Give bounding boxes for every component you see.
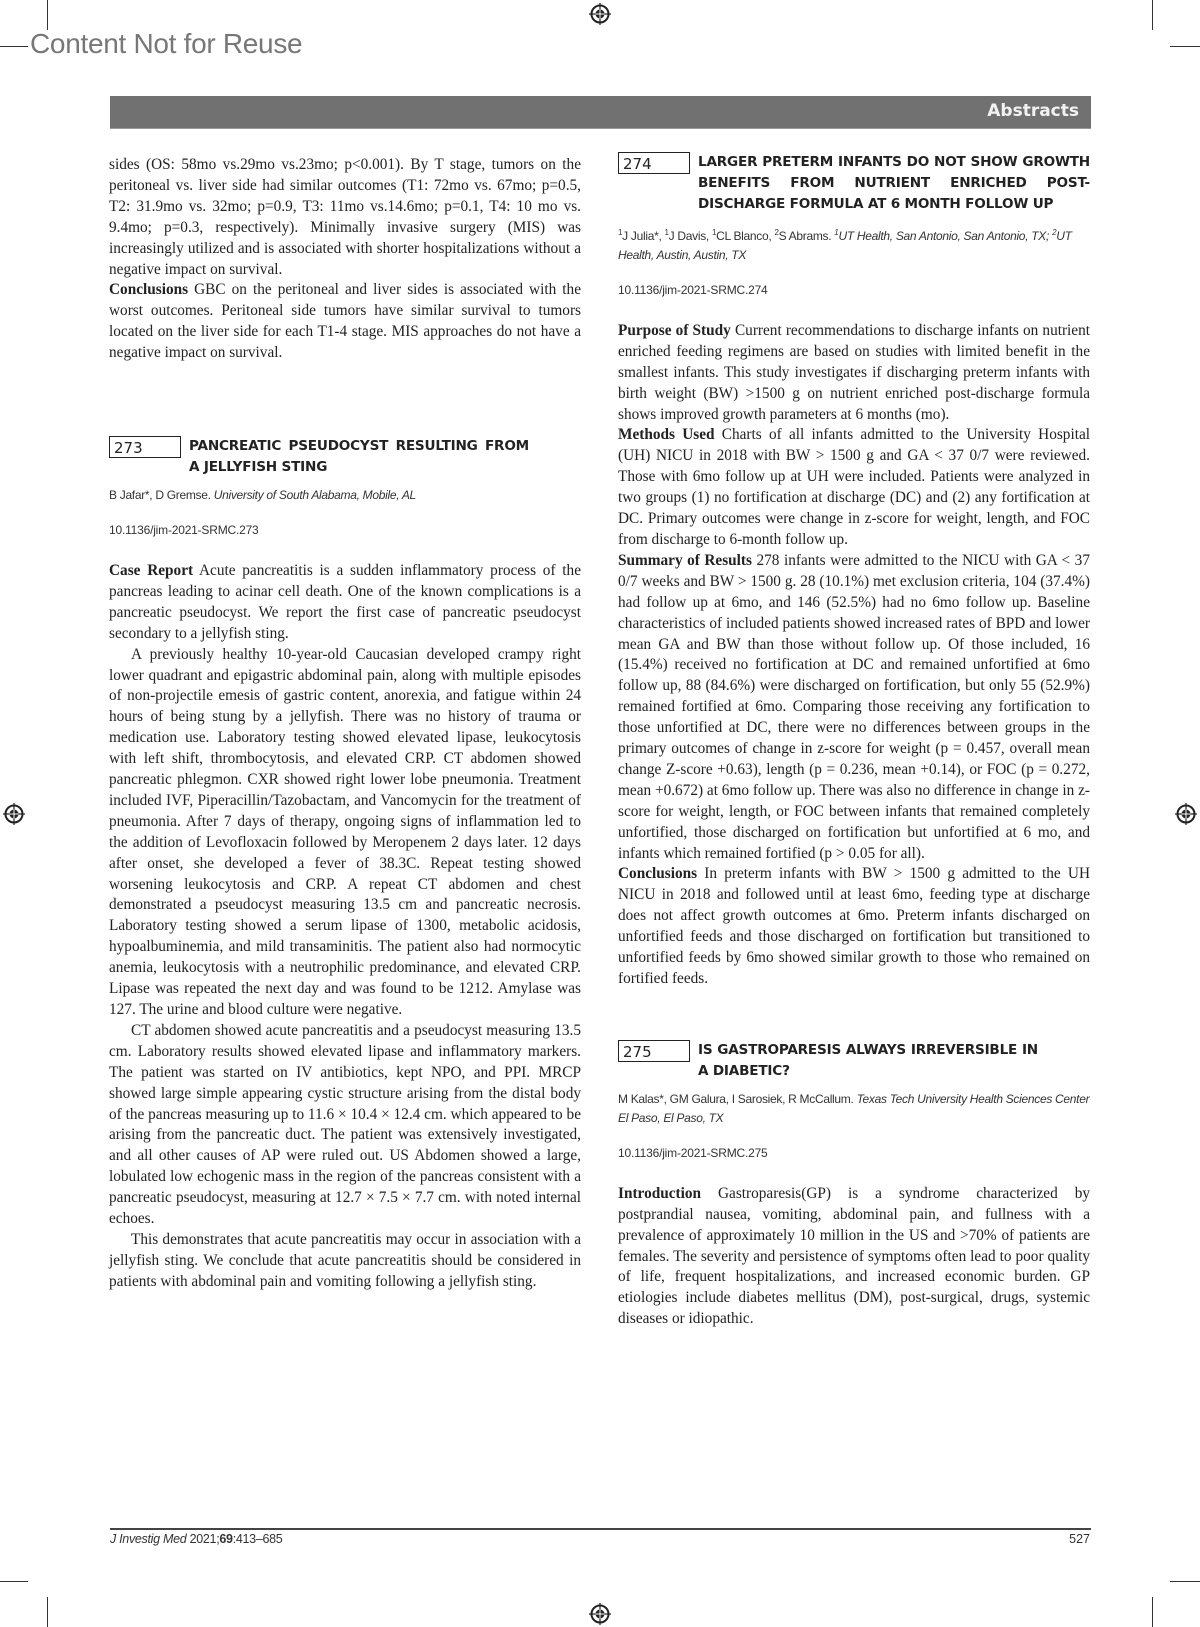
crop-mark — [1170, 46, 1200, 47]
section-lead: Introduction — [618, 1185, 701, 1202]
abstract-273: 273 PANCREATIC PSEUDOCYST RESULTING FROM… — [109, 436, 581, 1293]
registration-mark-icon — [589, 3, 611, 25]
results-paragraph: Summary of Results 278 infants were admi… — [618, 551, 1090, 865]
section-lead: Conclusions — [109, 281, 188, 298]
crop-mark — [0, 1581, 28, 1582]
abstract-title: LARGER PRETERM INFANTS DO NOT SHOW GROWT… — [698, 152, 1090, 215]
conclusions-paragraph: Conclusions In preterm infants with BW >… — [618, 864, 1090, 989]
abstract-number: 273 — [109, 436, 181, 458]
crop-mark — [1170, 1581, 1200, 1582]
introduction-paragraph: Introduction Gastroparesis(GP) is a synd… — [618, 1184, 1090, 1330]
crop-mark — [1152, 0, 1153, 30]
footer-rule — [110, 1528, 1091, 1530]
page-number: 527 — [1069, 1532, 1090, 1546]
crop-mark — [0, 46, 28, 47]
abstract-274: 274 LARGER PRETERM INFANTS DO NOT SHOW G… — [618, 152, 1090, 990]
crop-mark — [47, 1597, 48, 1627]
crop-mark — [1152, 1597, 1153, 1627]
methods-paragraph: Methods Used Charts of all infants admit… — [618, 425, 1090, 550]
doi-link[interactable]: 10.1136/jim-2021-SRMC.275 — [618, 1143, 1090, 1164]
left-column: sides (OS: 58mo vs.29mo vs.23mo; p<0.001… — [109, 155, 581, 1293]
abstract-number: 275 — [618, 1040, 690, 1062]
section-lead: Methods Used — [618, 426, 715, 443]
section-lead: Conclusions — [618, 865, 697, 882]
section-label: Abstracts — [987, 101, 1079, 121]
section-lead: Purpose of Study — [618, 322, 731, 339]
body-paragraph: This demonstrates that acute pancreatiti… — [109, 1230, 581, 1293]
affiliation: University of South Alabama, Mobile, AL — [214, 488, 416, 502]
abstract-title: IS GASTROPARESIS ALWAYS IRREVERSIBLE IN … — [698, 1040, 1038, 1082]
body-paragraph: A previously healthy 10-year-old Caucasi… — [109, 645, 581, 1021]
section-lead: Case Report — [109, 562, 193, 579]
registration-mark-icon — [1175, 803, 1197, 825]
watermark: Content Not for Reuse — [30, 28, 302, 60]
section-lead: Summary of Results — [618, 552, 752, 569]
purpose-paragraph: Purpose of Study Current recommendations… — [618, 321, 1090, 426]
case-report-paragraph: Case Report Acute pancreatitis is a sudd… — [109, 561, 581, 645]
section-header-bar: Abstracts — [110, 96, 1091, 129]
continued-conclusions: Conclusions GBC on the peritoneal and li… — [109, 280, 581, 364]
abstract-heading: 273 PANCREATIC PSEUDOCYST RESULTING FROM… — [109, 436, 581, 478]
registration-mark-icon — [3, 803, 25, 825]
crop-mark — [47, 0, 48, 30]
abstract-number: 274 — [618, 152, 690, 174]
abstract-heading: 274 LARGER PRETERM INFANTS DO NOT SHOW G… — [618, 152, 1090, 215]
author-list: 1J Julia*, 1J Davis, 1CL Blanco, 2S Abra… — [618, 223, 1090, 265]
author-list: B Jafar*, D Gremse. University of South … — [109, 486, 581, 505]
author-list: M Kalas*, GM Galura, I Sarosiek, R McCal… — [618, 1090, 1090, 1128]
doi-link[interactable]: 10.1136/jim-2021-SRMC.273 — [109, 520, 581, 541]
doi-link[interactable]: 10.1136/jim-2021-SRMC.274 — [618, 280, 1090, 301]
abstract-275: 275 IS GASTROPARESIS ALWAYS IRREVERSIBLE… — [618, 1040, 1090, 1330]
registration-mark-icon — [589, 1603, 611, 1625]
journal-citation: J Investig Med 2021;69:413–685 — [110, 1532, 282, 1546]
continued-paragraph: sides (OS: 58mo vs.29mo vs.23mo; p<0.001… — [109, 155, 581, 280]
abstract-title: PANCREATIC PSEUDOCYST RESULTING FROM A J… — [189, 436, 529, 478]
body-paragraph: CT abdomen showed acute pancreatitis and… — [109, 1021, 581, 1230]
abstract-heading: 275 IS GASTROPARESIS ALWAYS IRREVERSIBLE… — [618, 1040, 1090, 1082]
right-column: 274 LARGER PRETERM INFANTS DO NOT SHOW G… — [618, 152, 1090, 1330]
